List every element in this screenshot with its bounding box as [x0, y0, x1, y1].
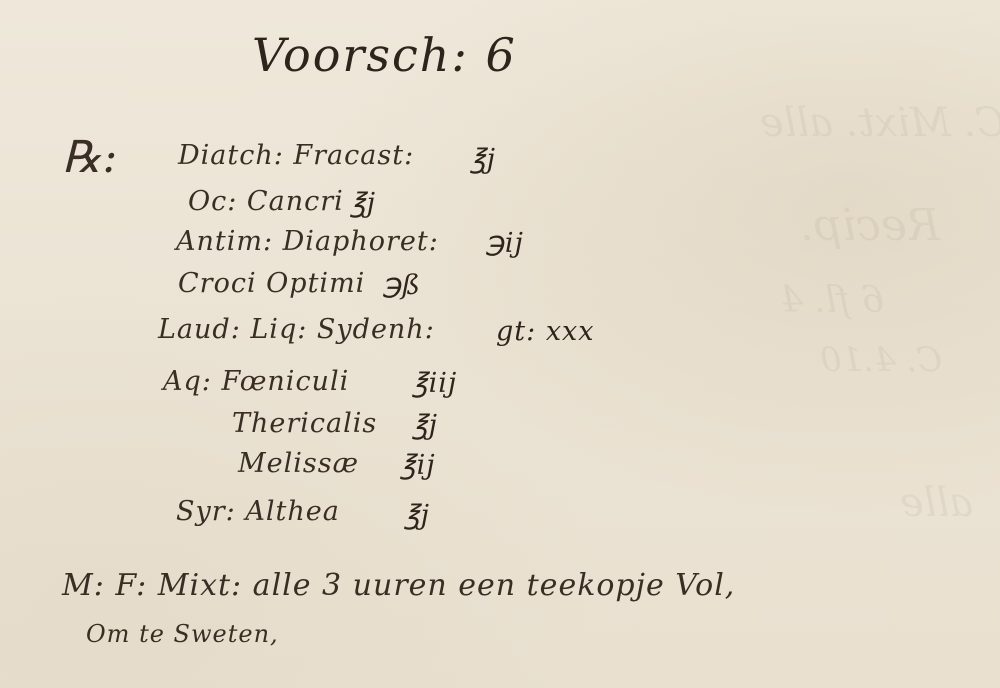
ingredient-name: Syr: Althea [176, 496, 340, 527]
instructions-line-2: Om te Sweten, [86, 620, 279, 648]
ingredient-name: Antim: Diaphoret: [176, 226, 439, 257]
ingredient-name: Thericalis [232, 408, 377, 439]
ingredient-name: Croci Optimi [178, 268, 365, 299]
ingredient-quantity: gt: xxx [496, 316, 595, 347]
instructions-line-1: M: F: Mixt: alle 3 uuren een teekopje Vo… [62, 568, 735, 603]
document-title: Voorsch: 6 [252, 28, 517, 82]
ingredient-name: Aq: Fœniculi [163, 366, 349, 397]
ingredient-name: Oc: Cancri [188, 186, 344, 217]
ingredient-quantity: ℥ij [400, 450, 436, 481]
ingredient-quantity: ℥iij [412, 368, 457, 399]
ingredient-quantity: ℥j [412, 410, 438, 441]
ingredient-quantity: ℈ij [485, 228, 524, 259]
ingredient-name: Melissæ [238, 448, 359, 479]
recipe-symbol: ℞: [62, 132, 118, 183]
bleed-through-text: alle [900, 480, 973, 526]
ingredient-quantity: ℥j [470, 144, 496, 175]
ingredient-name: Diatch: Fracast: [178, 140, 414, 171]
ingredient-name: Laud: Liq: Sydenh: [158, 314, 435, 345]
bleed-through-text: 6 fl. 4 [780, 280, 884, 321]
ingredient-quantity: ℈ß [382, 270, 421, 301]
bleed-through-text: Recip. [800, 200, 940, 251]
manuscript-page: M. C. Mixt. alle Recip. 6 fl. 4 C. 4.10 … [0, 0, 1000, 688]
ingredient-quantity: ℥j [404, 500, 430, 531]
bleed-through-text: M. C. Mixt. alle [760, 100, 1000, 146]
bleed-through-text: C. 4.10 [820, 340, 942, 380]
ingredient-quantity: ℥j [350, 188, 376, 219]
